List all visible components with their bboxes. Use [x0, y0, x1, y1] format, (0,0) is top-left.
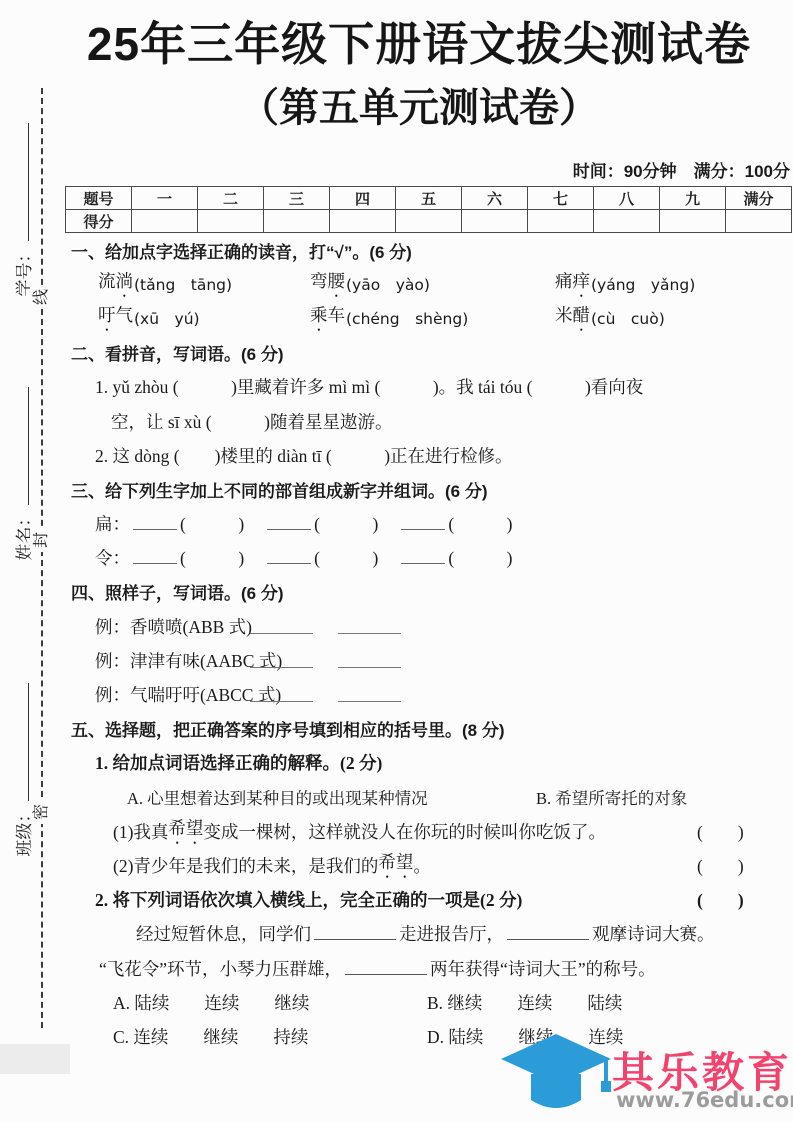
option-a: A. 陆续 连续 继续 — [113, 990, 427, 1015]
score-table: 题号 一 二 三 四 五 六 七 八 九 满分 得分 — [65, 186, 792, 233]
score-cell — [264, 210, 330, 233]
student-id-field: 学号： — [11, 110, 33, 310]
base-character: 扁： — [95, 511, 130, 536]
seal-char-mi: 密 — [30, 800, 54, 824]
score-table-header-row: 题号 一 二 三 四 五 六 七 八 九 满分 — [66, 187, 792, 210]
section5-q2-fill-line2: “飞花令”环节，小琴力压群雄，两年获得“诗词大王”的称号。 — [65, 951, 793, 985]
time-score-info: 时间：90分钟 满分：100分 — [573, 157, 790, 182]
answer-bracket: ( ) — [697, 883, 744, 917]
option-b: B. 继续 连续 陆续 — [427, 990, 793, 1015]
score-table-header-cell: 二 — [198, 187, 264, 210]
seal-char-feng: 封 — [30, 528, 54, 552]
base-character: 令： — [95, 545, 130, 570]
section2-heading: 二、看拼音，写词语。(6 分) — [65, 336, 793, 370]
score-table-header-cell: 八 — [594, 187, 660, 210]
score-cell — [396, 210, 462, 233]
score-cell — [198, 210, 264, 233]
score-cell — [462, 210, 528, 233]
section3-heading: 三、给下列生字加上不同的部首组成新字并组词。(6 分) — [65, 472, 793, 506]
answer-blank — [338, 701, 401, 702]
class-blank — [28, 684, 29, 802]
score-cell — [660, 210, 726, 233]
answer-blank — [133, 529, 177, 530]
paper-body: 一、给加点字选择正确的读音，打“√”。(6 分) 流淌 (tǎng tāng) … — [65, 233, 793, 1054]
section4-example-abcc: 例：气喘吁吁(ABCC 式) — [65, 677, 793, 711]
answer-blank — [338, 667, 401, 668]
seal-char-xian: 线 — [30, 285, 54, 309]
pronunciation-item: 流淌 (tǎng tāng) — [98, 267, 310, 301]
pronunciation-item: 痛痒 (yáng yǎng) — [555, 267, 793, 301]
section5-q1-sub2: (2)青少年是我们的未来，是我们的希望。 ( ) — [65, 848, 793, 882]
fill-blank — [314, 939, 396, 940]
section5-q2-options-row1: A. 陆续 连续 继续 B. 继续 连续 陆续 — [65, 985, 793, 1019]
section2-item1-line2: 空，让 sī xù ( )随着星星遨游。 — [65, 404, 793, 438]
answer-blank — [250, 701, 313, 702]
section5-q1-stem: 1. 给加点词语选择正确的解释。(2 分) — [65, 746, 793, 780]
page-subtitle: （第五单元测试卷） — [45, 76, 793, 133]
section1-items: 流淌 (tǎng tāng) 弯腰 (yāo yào) 痛痒 (yáng yǎn… — [65, 267, 793, 335]
graduation-cap-icon — [498, 1032, 614, 1120]
student-id-blank — [28, 124, 29, 242]
fill-blank — [345, 974, 427, 975]
score-table-header-cell: 六 — [462, 187, 528, 210]
score-cell — [594, 210, 660, 233]
score-cell — [132, 210, 198, 233]
answer-blank — [267, 529, 311, 530]
score-table-score-row: 得分 — [66, 210, 792, 233]
section3-row-ling: 令： ( ) ( ) ( ) — [65, 541, 793, 575]
section5-q2-stem: 2. 将下列词语依次填入横线上，完全正确的一项是(2 分) ( ) — [65, 883, 793, 917]
section4-example-aabc: 例：津津有味(AABC 式) — [65, 643, 793, 677]
score-table-header-cell: 五 — [396, 187, 462, 210]
pinyin-choices: (tǎng tāng) — [134, 273, 232, 295]
score-table-header-cell: 满分 — [726, 187, 792, 210]
pronunciation-item: 乘车 (chéng shèng) — [310, 301, 555, 335]
pronunciation-item: 吁气 (xū yú) — [98, 301, 310, 335]
score-table-header-cell: 九 — [660, 187, 726, 210]
section5-q2-fill-line1: 经过短暂休息，同学们走进报告厅，观摩诗词大赛。 — [65, 917, 793, 951]
answer-bracket: ( ) — [697, 814, 744, 848]
pinyin-choices: (yáng yǎng) — [591, 273, 695, 295]
answer-blank — [133, 563, 177, 564]
section4-example-abb: 例：香喷喷(ABB 式) — [65, 609, 793, 643]
score-cell — [726, 210, 792, 233]
pronunciation-item: 弯腰 (yāo yào) — [310, 267, 555, 301]
score-row-label: 得分 — [66, 210, 132, 233]
section2-item1-line1: 1. yǔ zhòu ( )里藏着许多 mì mì ( )。我 tái tóu … — [65, 370, 793, 404]
scan-artifact — [0, 1044, 70, 1074]
page-title: 25年三年级下册语文拔尖测试卷 — [45, 8, 793, 74]
score-table-header-cell: 三 — [264, 187, 330, 210]
score-cell — [330, 210, 396, 233]
test-paper-page: 25年三年级下册语文拔尖测试卷 （第五单元测试卷） 时间：90分钟 满分：100… — [0, 0, 793, 1122]
section5-q1-options: A. 心里想着达到某种目的或出现某种情况 B. 希望所寄托的对象 — [65, 780, 793, 814]
score-table-header-cell: 题号 — [66, 187, 132, 210]
section1-heading: 一、给加点字选择正确的读音，打“√”。(6 分) — [65, 233, 793, 267]
answer-blank — [250, 633, 313, 634]
fill-blank — [507, 939, 589, 940]
section3-row-bian: 扁： ( ) ( ) ( ) — [65, 507, 793, 541]
answer-bracket: ( ) — [697, 848, 744, 882]
option-c: C. 连续 继续 持续 — [113, 1024, 427, 1049]
pinyin-choices: (chéng shèng) — [346, 307, 468, 329]
score-cell — [528, 210, 594, 233]
answer-blank — [250, 667, 313, 668]
section4-heading: 四、照样子，写词语。(6 分) — [65, 575, 793, 609]
answer-blank — [401, 529, 445, 530]
option-b: B. 希望所寄托的对象 — [536, 785, 793, 809]
seal-dashed-line — [41, 88, 43, 1028]
brand-url: www.76edu.com — [616, 1088, 793, 1112]
answer-blank — [338, 633, 401, 634]
class-field: 班级： — [11, 670, 33, 870]
pronunciation-item: 米醋 (cù cuò) — [555, 301, 793, 335]
pinyin-choices: (cù cuò) — [591, 307, 665, 329]
option-a: A. 心里想着达到某种目的或出现某种情况 — [127, 785, 536, 809]
student-name-blank — [28, 388, 29, 506]
score-table-header-cell: 一 — [132, 187, 198, 210]
score-table-header-cell: 四 — [330, 187, 396, 210]
section2-item2: 2. 这 dòng ( )楼里的 diàn tī ( )正在进行检修。 — [65, 438, 793, 472]
pinyin-choices: (xū yú) — [134, 307, 200, 329]
section5-heading: 五、选择题，把正确答案的序号填到相应的括号里。(8 分) — [65, 712, 793, 746]
score-table-header-cell: 七 — [528, 187, 594, 210]
pinyin-choices: (yāo yào) — [346, 273, 430, 295]
answer-blank — [267, 563, 311, 564]
section5-q1-sub1: (1)我真希望变成一棵树，这样就没人在你玩的时候叫你吃饭了。 ( ) — [65, 814, 793, 848]
answer-blank — [401, 563, 445, 564]
